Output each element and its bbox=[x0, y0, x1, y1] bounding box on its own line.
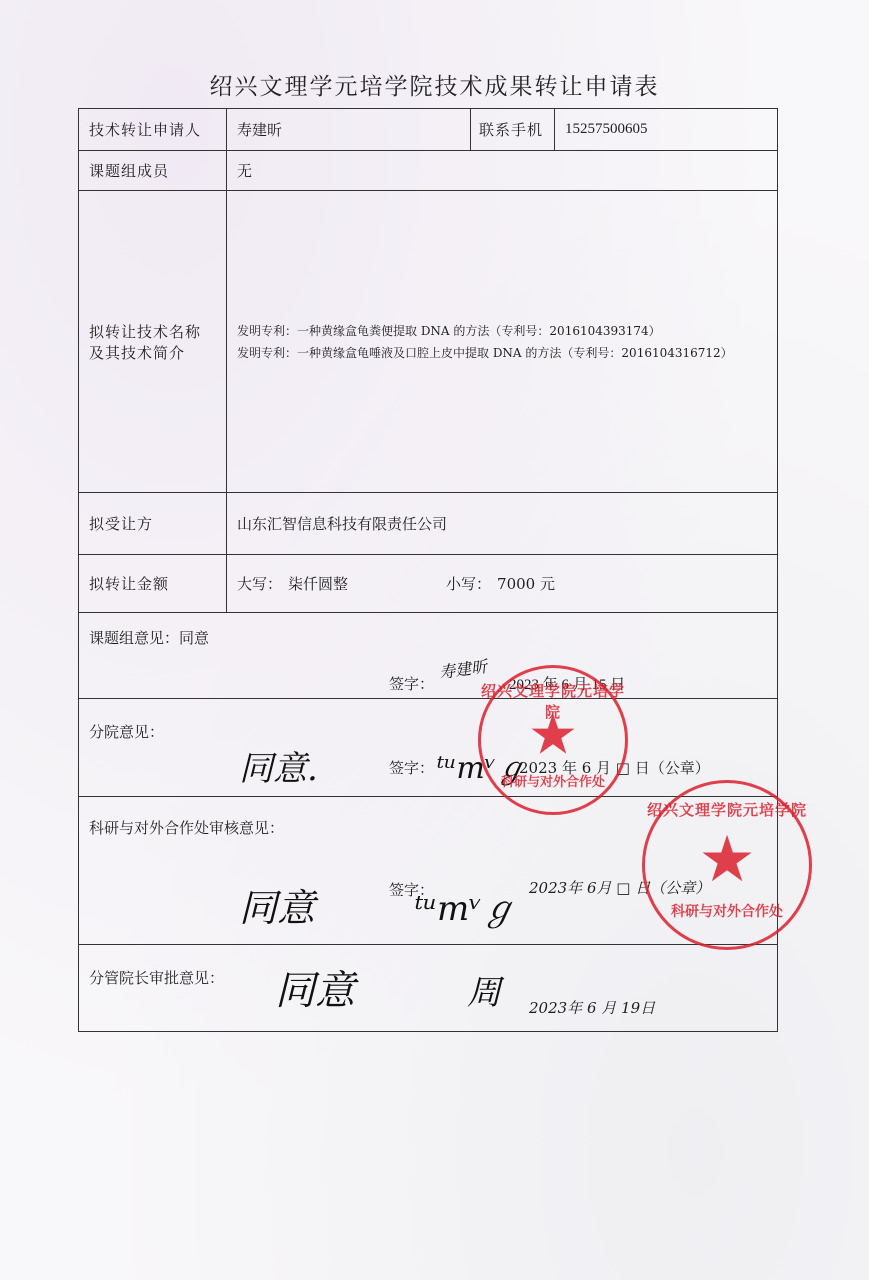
group-signature: 寿建昕 bbox=[438, 654, 489, 683]
group-opinion-label: 课题组意见：同意 bbox=[89, 627, 209, 648]
dean-approval-date: 2023年 6 月 19日 bbox=[529, 997, 655, 1018]
technology-row: 拟转让技术名称 及其技术简介 发明专利：一种黄缘盒龟粪便提取 DNA 的方法（专… bbox=[78, 190, 778, 492]
patent-list: 发明专利：一种黄缘盒龟粪便提取 DNA 的方法（专利号：201610439317… bbox=[227, 191, 777, 492]
star-icon: ★ bbox=[698, 828, 755, 892]
amount-label: 拟转让金额 bbox=[79, 555, 227, 612]
members-row: 课题组成员 无 bbox=[78, 150, 778, 190]
amount-lower-value: 7000 元 bbox=[497, 573, 555, 594]
phone-label: 联系手机 bbox=[471, 109, 555, 150]
seal-top-text: 绍兴文理学院元培学院 bbox=[645, 799, 809, 820]
seal-bottom-text: 科研与对外合作处 bbox=[481, 771, 625, 790]
phone-value: 15257500605 bbox=[555, 109, 777, 150]
transferee-value: 山东汇智信息科技有限责任公司 bbox=[227, 493, 777, 554]
research-opinion-label: 科研与对外合作处审核意见： bbox=[89, 817, 284, 838]
amount-lower-label: 小写： bbox=[446, 573, 491, 594]
transferee-row: 拟受让方 山东汇智信息科技有限责任公司 bbox=[78, 492, 778, 554]
group-opinion-row: 课题组意见：同意 签字： 寿建昕 2023 年 6 月 15 日 bbox=[78, 612, 778, 698]
star-icon: ★ bbox=[528, 708, 578, 764]
dean-handwritten-opinion: 同意 bbox=[275, 959, 355, 1016]
patent-item: 发明专利：一种黄缘盒龟粪便提取 DNA 的方法（专利号：201610439317… bbox=[237, 320, 661, 342]
branch-opinion-label: 分院意见： bbox=[89, 721, 164, 742]
applicant-label: 技术转让申请人 bbox=[79, 109, 227, 150]
dean-signature: 周 bbox=[467, 965, 501, 1014]
research-handwritten-opinion: 同意 bbox=[239, 877, 315, 932]
amount-upper-label: 大写： bbox=[237, 573, 282, 594]
patent-item: 发明专利：一种黄缘盒龟唾液及口腔上皮中提取 DNA 的方法（专利号：201610… bbox=[237, 342, 733, 364]
technology-label: 拟转让技术名称 及其技术简介 bbox=[79, 191, 227, 492]
technology-label-line1: 拟转让技术名称 bbox=[89, 321, 201, 342]
form-title: 绍兴文理学元培学院技术成果转让申请表 bbox=[0, 68, 869, 101]
technology-label-line2: 及其技术简介 bbox=[89, 342, 185, 363]
dean-opinion-row: 分管院长审批意见： 同意 周 2023年 6 月 19日 bbox=[78, 944, 778, 1032]
branch-handwritten-opinion: 同意. bbox=[239, 741, 318, 790]
seal-bottom-text: 科研与对外合作处 bbox=[645, 901, 809, 921]
official-seal: 绍兴文理学院元培学院 ★ 科研与对外合作处 bbox=[642, 780, 812, 950]
dean-opinion-label: 分管院长审批意见： bbox=[89, 967, 224, 988]
official-seal: 绍兴文理学院元培学院 ★ 科研与对外合作处 bbox=[478, 665, 628, 815]
transferee-label: 拟受让方 bbox=[79, 493, 227, 554]
amount-row: 拟转让金额 大写： 柒仟圆整 小写： 7000 元 bbox=[78, 554, 778, 612]
applicant-value: 寿建昕 bbox=[227, 109, 471, 150]
group-sign-label: 签字： bbox=[389, 673, 434, 694]
branch-sign-label: 签字： bbox=[389, 757, 434, 778]
research-signature: ᵗᵘmᵛℊ bbox=[415, 881, 516, 930]
branch-opinion-row: 分院意见： 同意. 签字： ᵗᵘmᵛℊ 2023 年 6 月 □ 日（公章） bbox=[78, 698, 778, 796]
members-label: 课题组成员 bbox=[79, 151, 227, 190]
amount-value: 大写： 柒仟圆整 小写： 7000 元 bbox=[227, 555, 777, 612]
applicant-row: 技术转让申请人 寿建昕 联系手机 15257500605 bbox=[78, 108, 778, 150]
amount-upper-value: 柒仟圆整 bbox=[288, 573, 348, 594]
members-value: 无 bbox=[227, 151, 777, 190]
